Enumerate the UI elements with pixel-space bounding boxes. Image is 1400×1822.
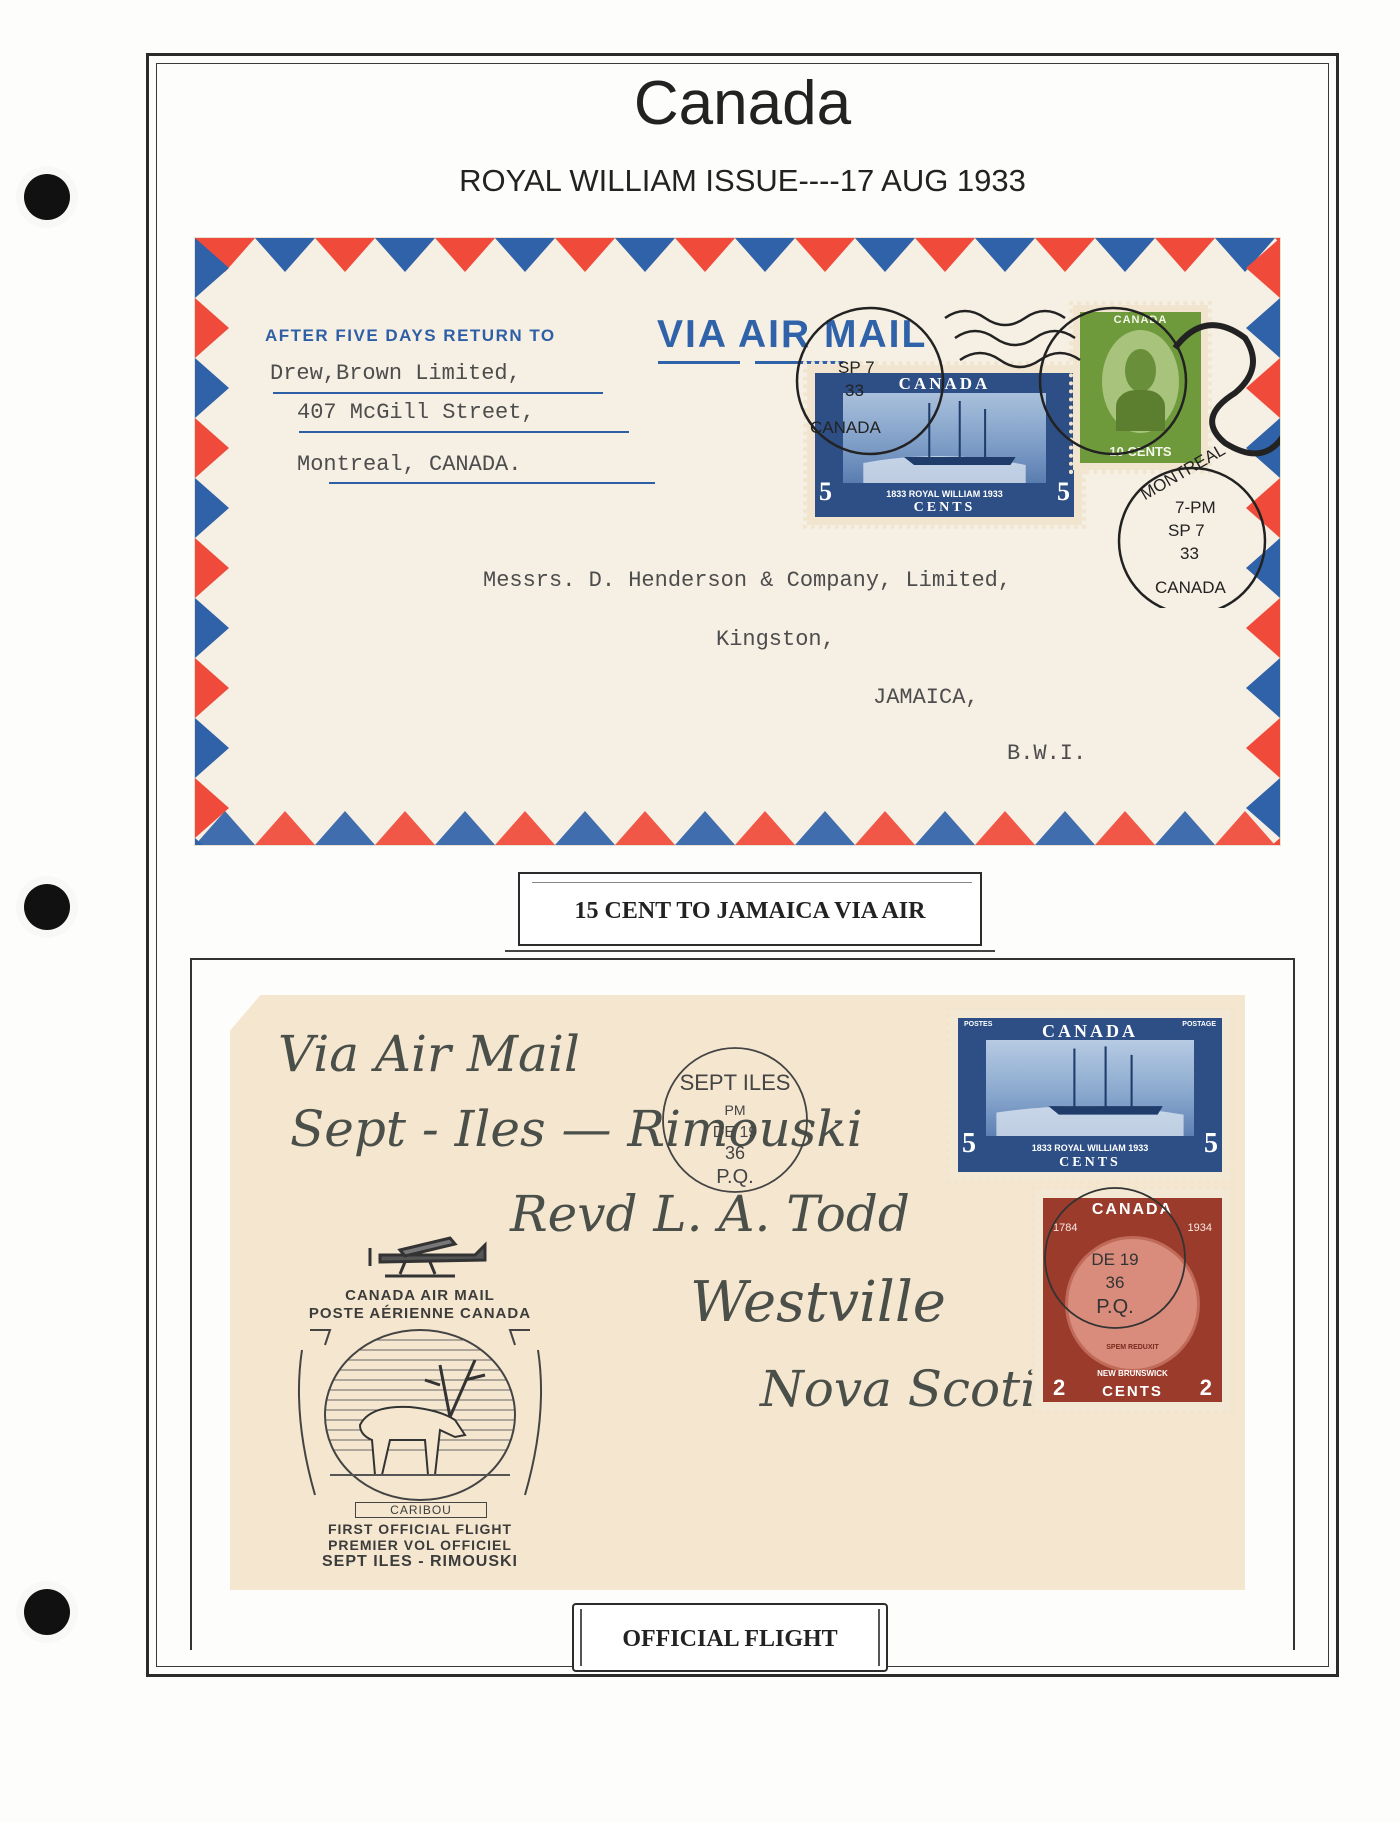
postmark-time: 7-PM	[1175, 498, 1216, 517]
airmail-cover-jamaica: AFTER FIVE DAYS RETURN TO Drew,Brown Lim…	[195, 238, 1280, 845]
postmark-date: SP 7	[838, 358, 875, 377]
handwritten-line: Westville	[690, 1270, 946, 1335]
return-label: AFTER FIVE DAYS RETURN TO	[265, 326, 556, 346]
stamp-caption: 1833 ROYAL WILLIAM 1933	[982, 1143, 1198, 1153]
section-frame-top	[190, 958, 1295, 960]
caption-box-cover1: 15 CENT TO JAMAICA VIA AIR	[518, 872, 982, 946]
caption-rule	[580, 1609, 582, 1666]
stamp-country: CANADA	[958, 1021, 1222, 1042]
cachet-line: POSTE AÉRIENNE CANADA	[260, 1305, 580, 1322]
section-frame-right	[1293, 958, 1295, 1650]
svg-text:36: 36	[1106, 1273, 1125, 1292]
page-title: Canada	[156, 68, 1329, 139]
postmark-province: P.Q.	[716, 1166, 753, 1188]
svg-text:CANADA: CANADA	[810, 418, 882, 437]
addressee-line: B.W.I.	[1007, 741, 1086, 766]
punch-hole	[24, 1589, 70, 1635]
underline-rule	[329, 482, 655, 484]
caption-text: OFFICIAL FLIGHT	[622, 1626, 837, 1652]
stamp-unit: CENTS	[1043, 1383, 1222, 1400]
caption-rule	[878, 1609, 880, 1666]
caribou-vignette-icon	[290, 1325, 550, 1505]
section-frame-left	[190, 958, 192, 1650]
handwritten-line: Nova Scotia	[760, 1360, 1066, 1418]
cachet-line: SEPT ILES - RIMOUSKI	[270, 1553, 570, 1571]
first-flight-cachet: CANADA AIR MAIL POSTE AÉRIENNE CANADA CA…	[270, 1230, 570, 1570]
caption-rule	[532, 882, 972, 883]
airplane-icon	[360, 1230, 500, 1280]
cachet-line: PREMIER VOL OFFICIEL	[270, 1537, 570, 1553]
stamp-value: 5	[1204, 1128, 1218, 1160]
return-address-line: Montreal, CANADA.	[297, 452, 521, 477]
svg-text:P.Q.: P.Q.	[1096, 1296, 1133, 1318]
handwritten-line: Via Air Mail	[278, 1025, 580, 1083]
underline-rule	[299, 431, 629, 433]
postmark-date: SP 7	[1168, 521, 1205, 540]
addressee-line: JAMAICA,	[873, 685, 979, 710]
stamp-province: NEW BRUNSWICK	[1043, 1369, 1222, 1378]
stamp-unit: CENTS	[958, 1155, 1222, 1171]
postmark-year: 33	[1180, 544, 1199, 563]
postmark-city: SEPT ILES	[680, 1070, 791, 1095]
postmark-country: CANADA	[1155, 578, 1227, 597]
page-subtitle: ROYAL WILLIAM ISSUE----17 AUG 1933	[156, 163, 1329, 199]
stamp-value: 2	[1200, 1375, 1212, 1401]
underline-rule	[658, 361, 740, 364]
divider-rule	[505, 950, 995, 952]
cachet-line: CANADA AIR MAIL	[270, 1287, 570, 1304]
postmark-tie-icon: DE 19 36 P.Q.	[1030, 1180, 1200, 1340]
cachet-line: FIRST OFFICIAL FLIGHT	[270, 1521, 570, 1537]
stamp-royal-william-5c: POSTES POSTAGE CANADA 1833 ROYAL WILLIAM…	[950, 1010, 1230, 1180]
postmark-sept-iles-icon: SEPT ILES PM DE 19 36 P.Q.	[650, 1035, 820, 1205]
punch-hole	[24, 884, 70, 930]
postmark-year: 33	[845, 381, 864, 400]
addressee-line: Messrs. D. Henderson & Company, Limited,	[483, 568, 1011, 593]
punch-hole	[24, 174, 70, 220]
addressee-line: Kingston,	[716, 627, 835, 652]
caption-text: 15 CENT TO JAMAICA VIA AIR	[575, 898, 926, 924]
stamp-value: 5	[962, 1128, 976, 1160]
ship-vignette-icon	[986, 1040, 1194, 1136]
return-address-line: Drew,Brown Limited,	[270, 361, 521, 386]
underline-rule	[273, 392, 603, 394]
postmark-year: 36	[725, 1143, 745, 1163]
cachet-animal-label: CARIBOU	[355, 1502, 487, 1518]
stamp-value: 2	[1053, 1375, 1065, 1401]
first-flight-cover: Via Air Mail Sept - Iles — Rimouski Revd…	[230, 995, 1245, 1590]
postmark-time: PM	[725, 1102, 746, 1118]
svg-text:DE 19: DE 19	[1091, 1250, 1138, 1269]
return-address-line: 407 McGill Street,	[297, 400, 535, 425]
stamp-motto: SPEM REDUXIT	[1068, 1344, 1197, 1351]
postmark-date: DE 19	[713, 1124, 758, 1141]
caption-box-cover2: OFFICIAL FLIGHT	[572, 1603, 888, 1672]
postmark-cancels-icon: SP 7 33 CANADA 7-PM SP 7 33 CANADA MONTR…	[755, 278, 1280, 608]
